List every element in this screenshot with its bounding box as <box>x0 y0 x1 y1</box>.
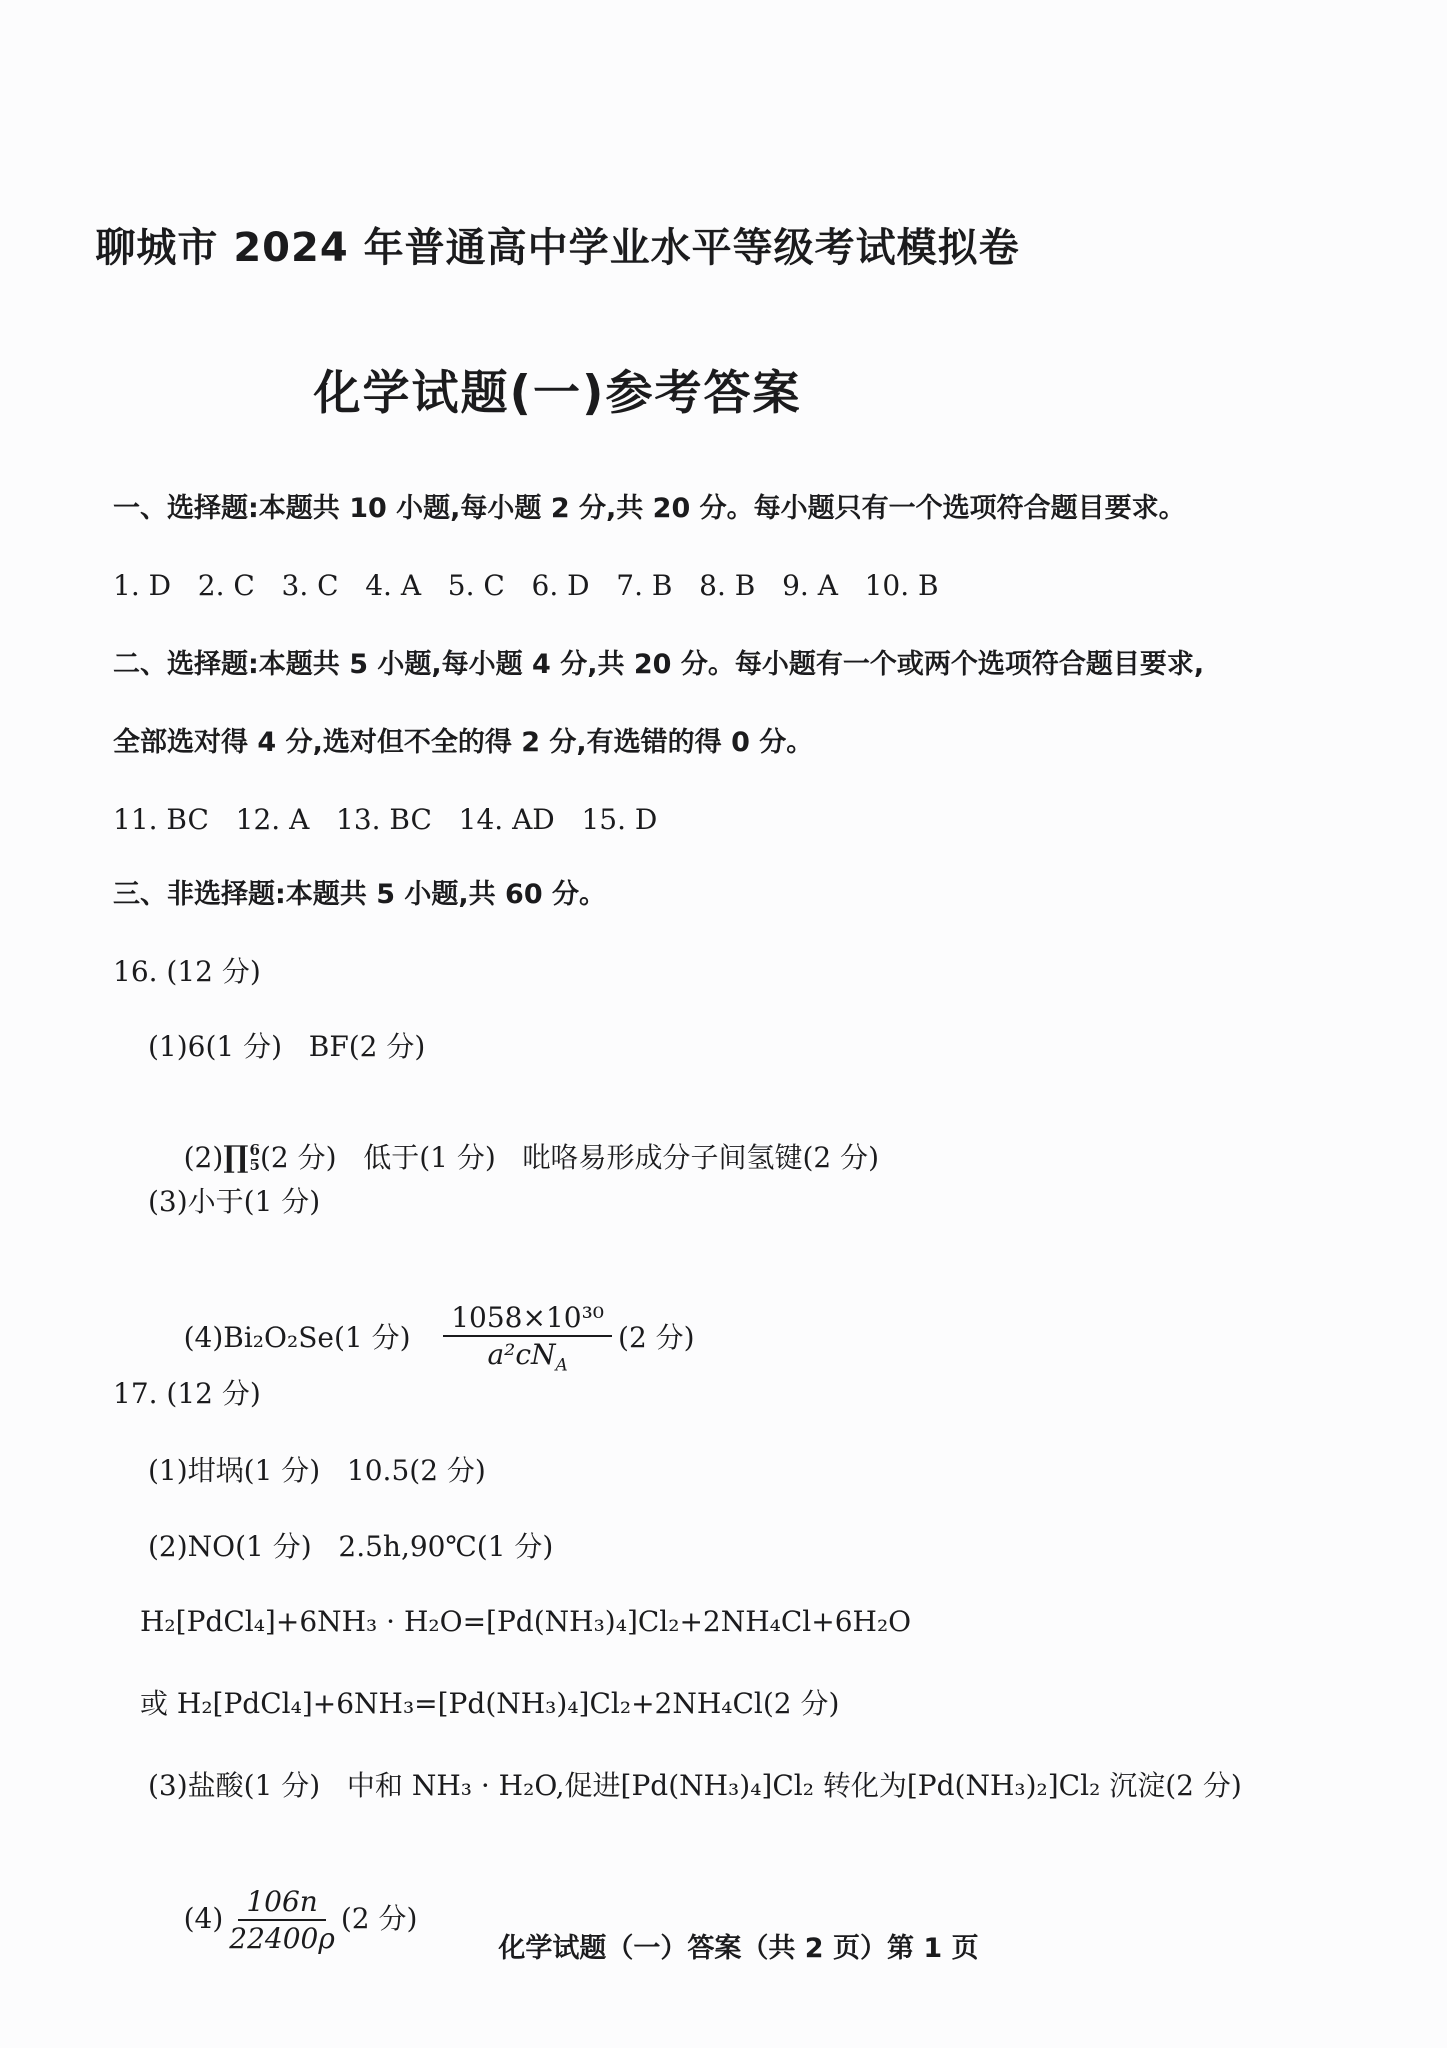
avogadro-subscript: A <box>556 1356 568 1376</box>
pi-symbol: ∏ <box>223 1139 248 1177</box>
section1-answers: 1. D 2. C 3. C 4. A 5. C 6. D 7. B 8. B … <box>113 568 939 603</box>
question16-part2-prefix: (2) <box>184 1141 224 1174</box>
fraction-numerator: 106n <box>238 1887 325 1921</box>
page-footer: 化学试题（一）答案（共 2 页）第 1 页 <box>0 1926 1447 1965</box>
question17-part1: (1)坩埚(1 分) 10.5(2 分) <box>148 1453 486 1488</box>
question17-part2: (2)NO(1 分) 2.5h,90℃(1 分) <box>148 1529 553 1564</box>
question16-part4-prefix: (4)Bi₂O₂Se(1 分) <box>184 1321 438 1354</box>
question17-part3: (3)盐酸(1 分) 中和 NH₃ · H₂O,促进[Pd(NH₃)₄]Cl₂ … <box>148 1768 1242 1803</box>
section1-header: 一、选择题:本题共 10 小题,每小题 2 分,共 20 分。每小题只有一个选项… <box>113 492 1186 526</box>
fraction-bi2o2se: 1058×10³⁰a²cNA <box>443 1303 612 1376</box>
fraction-numerator: 1058×10³⁰ <box>443 1303 612 1337</box>
question17-equation1: H₂[PdCl₄]+6NH₃ · H₂O=[Pd(NH₃)₄]Cl₂+2NH₄C… <box>140 1604 911 1639</box>
fraction-denominator: a²cNA <box>487 1337 567 1375</box>
question17-number: 17. (12 分) <box>113 1376 261 1411</box>
scanned-answer-sheet-page: 聊城市 2024 年普通高中学业水平等级考试模拟卷 化学试题(一)参考答案 一、… <box>0 0 1447 2048</box>
question17-equation2: 或 H₂[PdCl₄]+6NH₃=[Pd(NH₃)₄]Cl₂+2NH₄Cl(2 … <box>140 1686 839 1721</box>
page-title: 聊城市 2024 年普通高中学业水平等级考试模拟卷 <box>0 216 1115 273</box>
question16-part1: (1)6(1 分) BF(2 分) <box>148 1029 425 1064</box>
pi-bond-notation: ∏65 <box>223 1139 260 1177</box>
section2-header-line2: 全部选对得 4 分,选对但不全的得 2 分,有选错的得 0 分。 <box>113 726 813 760</box>
question16-part4-suffix: (2 分) <box>618 1321 695 1354</box>
question16-number: 16. (12 分) <box>113 954 261 989</box>
question17-part4: (4)106n22400ρ(2 分) <box>148 1852 417 1989</box>
section2-header-line1: 二、选择题:本题共 5 小题,每小题 4 分,共 20 分。每小题有一个或两个选… <box>113 648 1204 682</box>
question16-part3: (3)小于(1 分) <box>148 1184 320 1219</box>
section2-answers: 11. BC 12. A 13. BC 14. AD 15. D <box>113 802 657 837</box>
pi-subscript: 5 <box>250 1158 260 1173</box>
page-subtitle: 化学试题(一)参考答案 <box>0 356 1115 423</box>
question16-part2-suffix: (2 分) 低于(1 分) 吡咯易形成分子间氢键(2 分) <box>260 1141 879 1174</box>
section3-header: 三、非选择题:本题共 5 小题,共 60 分。 <box>113 878 606 912</box>
